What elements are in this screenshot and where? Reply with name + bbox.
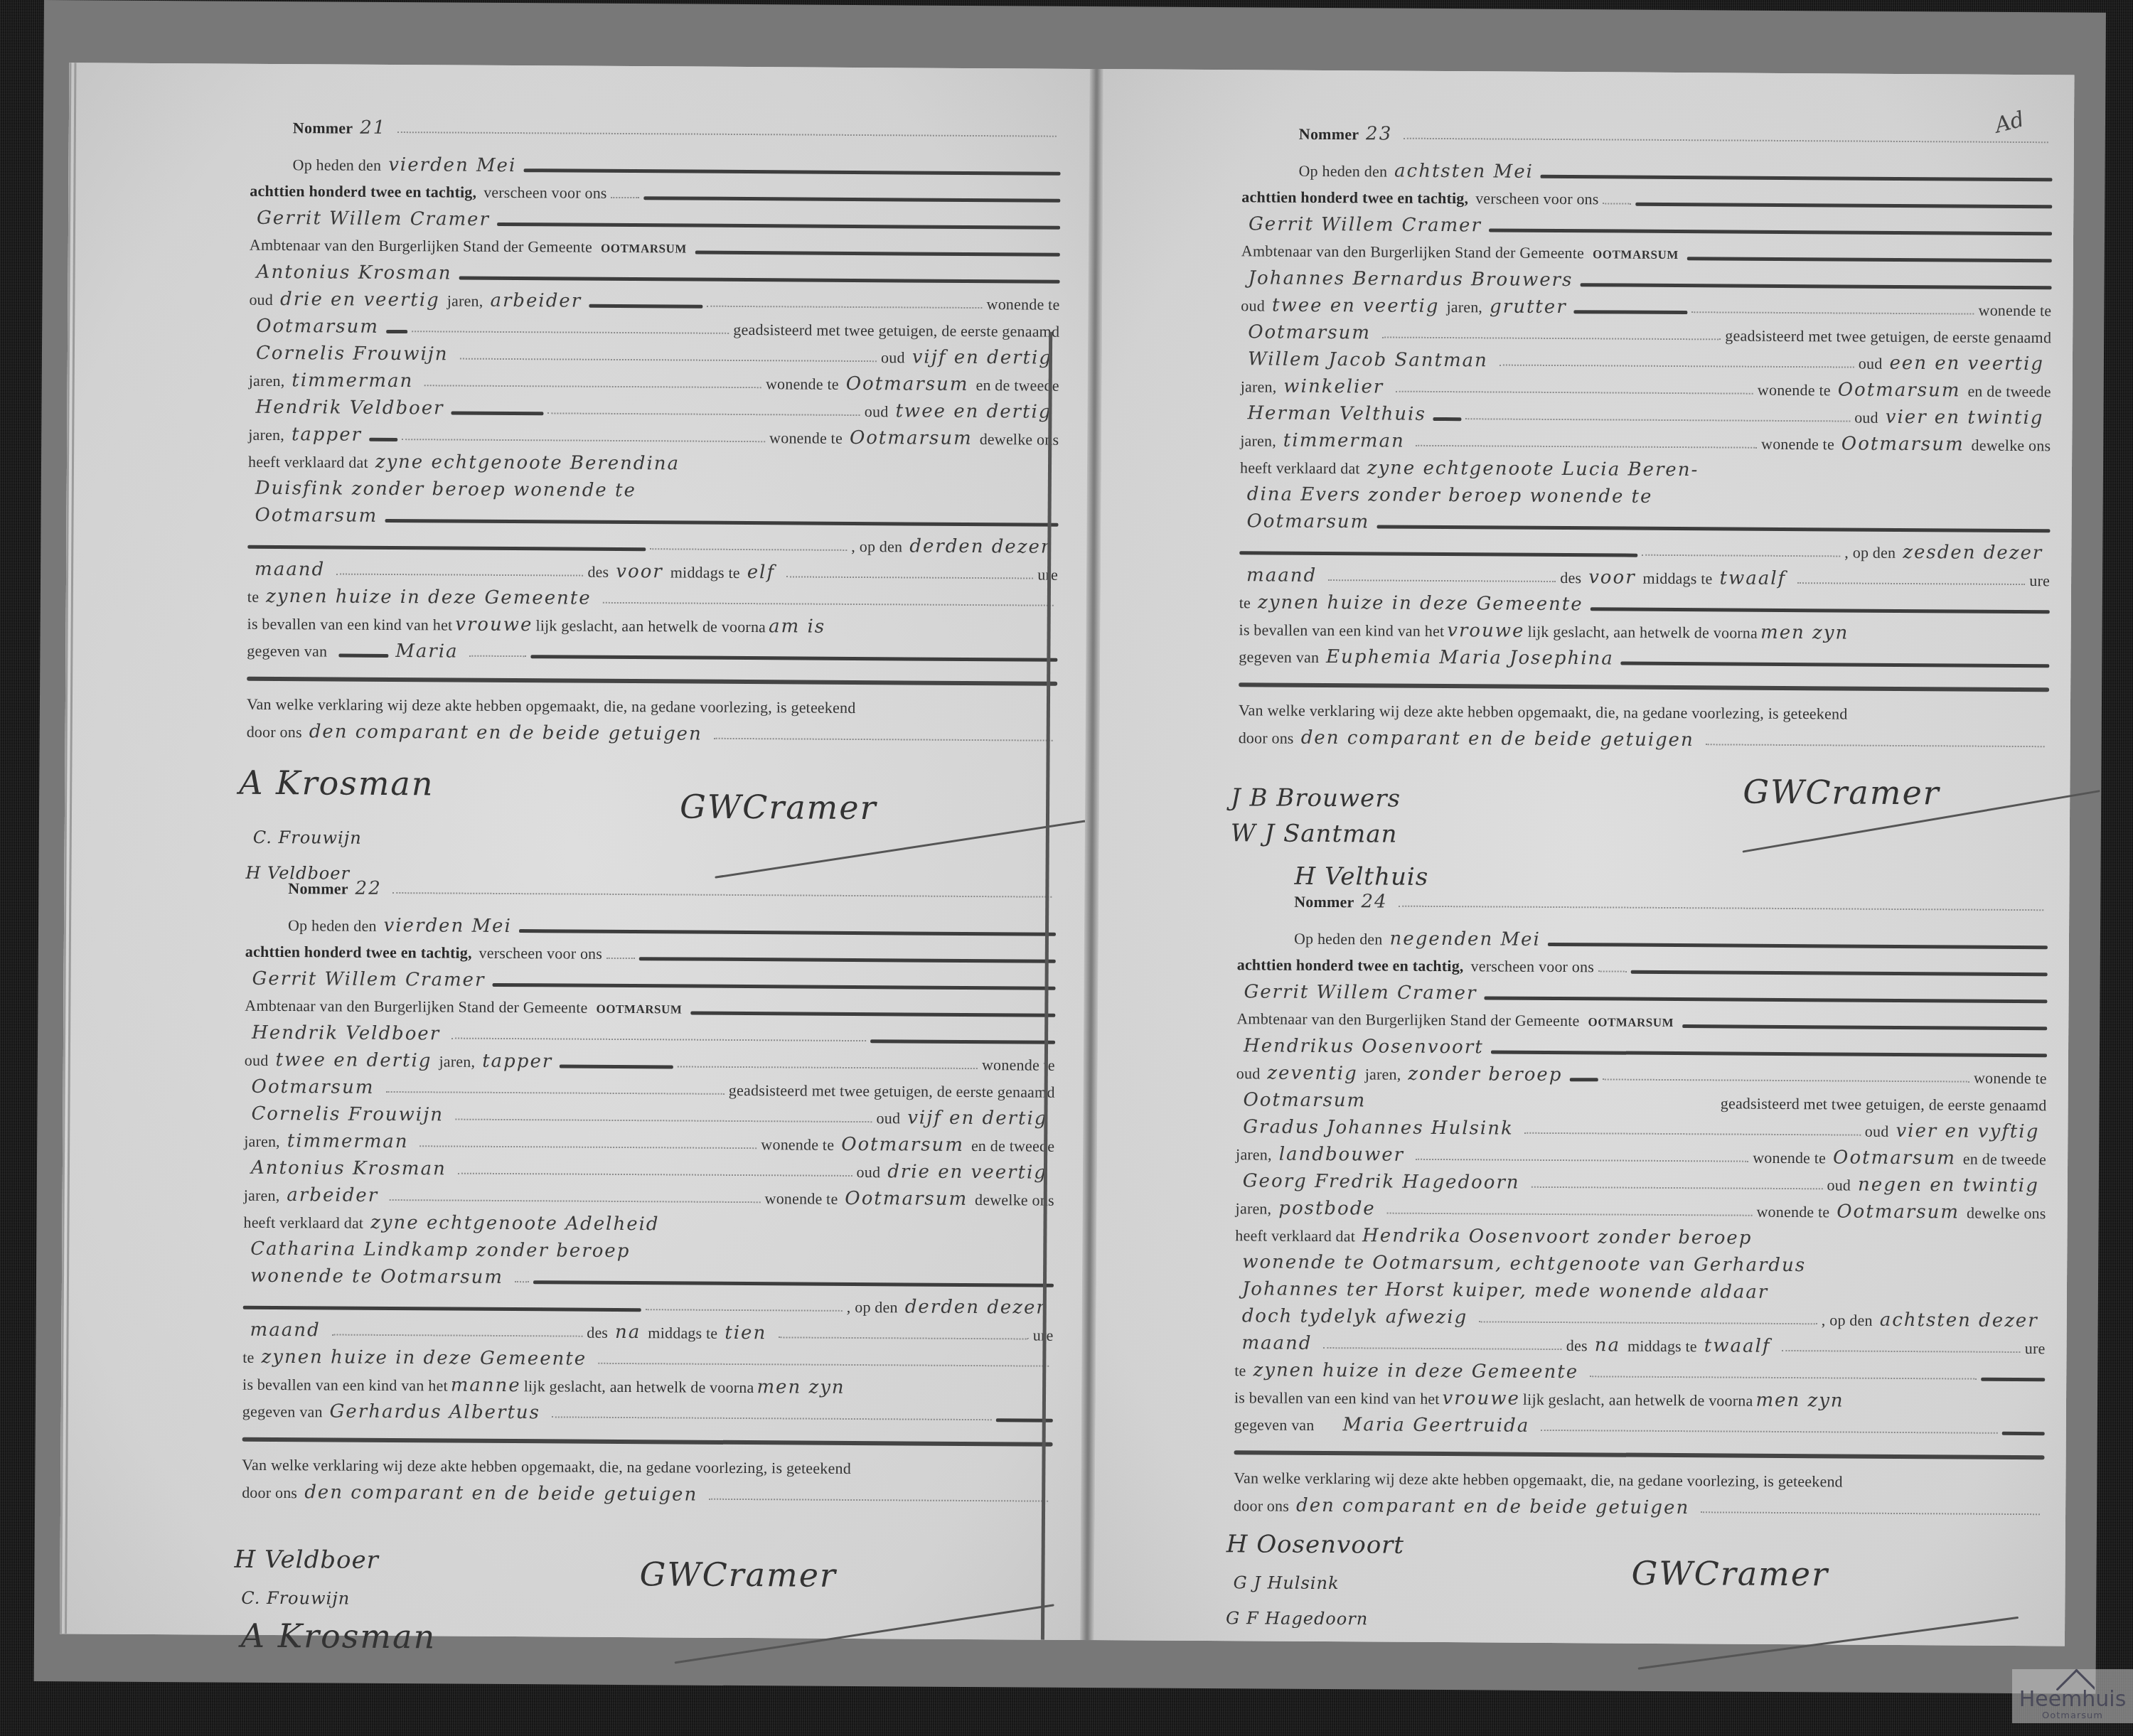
witness1-name: Willem Jacob Santman — [1241, 345, 1495, 374]
year-label: achttien honderd twee en tachtig, — [1241, 183, 1468, 212]
witness1-occupation: timmerman — [280, 1127, 416, 1155]
closing-line-2: door ons den comparant en de beide getui… — [247, 718, 1057, 750]
witness1-residence: Ootmarsum — [1826, 1144, 1963, 1172]
des-label: des — [587, 559, 609, 586]
signature-official: GWCramer — [1743, 773, 1940, 813]
closing-clause: Van welke verklaring wij deze akte hebbe… — [1239, 697, 1848, 727]
voornamen-suffix: men zyn — [1753, 1387, 1846, 1415]
month-word: maand — [242, 1317, 327, 1344]
declarant-name: Hendrikus Oosenvoort — [1236, 1032, 1491, 1061]
record-date: negenden Mei — [1382, 926, 1548, 953]
signature-witness2: G F Hagedoorn — [1226, 1608, 1368, 1629]
statement-text-3: Ootmarsum — [1239, 508, 1376, 535]
witness1-name: Gradus Johannes Hulsink — [1236, 1113, 1521, 1142]
op-den-label: , op den — [847, 1294, 898, 1321]
official-name: Gerrit Willem Cramer — [245, 965, 492, 994]
wonende-label: wonende te — [766, 370, 839, 398]
official-name: Gerrit Willem Cramer — [1236, 978, 1484, 1007]
signature-witness1: W J Santman — [1231, 819, 1398, 848]
jaren-label: jaren, — [249, 368, 285, 395]
oud-label: oud — [245, 1047, 269, 1074]
statement-text-2: Catharina Lindkamp zonder beroep — [243, 1236, 637, 1265]
geadsisteerd-label: geadsisteerd met twee getuigen, de eerst… — [733, 316, 1059, 345]
verscheen-label: verscheen voor ons — [483, 179, 607, 207]
year-label: achttien honderd twee en tachtig, — [250, 178, 476, 206]
geadsisteerd-label: geadsisteerd met twee getuigen, de eerst… — [1725, 322, 2051, 351]
ure-label: ure — [2025, 1335, 2046, 1362]
ambtenaar-label: Ambtenaar van den Burgerlijken Stand der… — [1241, 237, 1584, 267]
birth-record-22: Nommer 22 Op heden den vierden Mei achtt… — [241, 874, 1057, 1678]
witness2-age: twee en dertig — [888, 397, 1059, 425]
gemeente-label: OOTMARSUM — [1593, 241, 1679, 269]
record-number-line: Nommer 24 — [1237, 887, 2048, 919]
witness1-residence: Ootmarsum — [839, 370, 976, 398]
statement-text-1: Hendrika Oosenvoort zonder beroep — [1355, 1222, 1759, 1251]
declarant-occupation: zonder beroep — [1401, 1061, 1569, 1088]
jaren-label: jaren, — [1365, 1061, 1401, 1088]
declarant-age: drie en veertig — [273, 286, 447, 314]
birth-place: zynen huize in deze Gemeente — [255, 1344, 594, 1373]
jaren-label: jaren, — [1446, 294, 1482, 321]
birth-ampm: voor — [609, 558, 670, 586]
oud-label: oud — [876, 1105, 900, 1132]
child-name-line: gegeven van Euphemia Maria Josephina — [1239, 643, 2049, 675]
jaren-label: jaren, — [1236, 1141, 1272, 1168]
witness1-name: Cornelis Frouwijn — [249, 340, 456, 368]
child-name-line: gegeven van Maria — [247, 637, 1057, 669]
child-name: Euphemia Maria Josephina — [1319, 643, 1621, 673]
statement-text-1: zyne echtgenoote Berendina — [368, 449, 688, 478]
record-number: 24 — [1354, 888, 1394, 915]
oud-label: oud — [1241, 292, 1265, 319]
ambtenaar-label: Ambtenaar van den Burgerlijken Stand der… — [245, 992, 587, 1022]
op-den-label: , op den — [851, 533, 902, 560]
heemhuis-watermark: Heemhuis Ootmarsum — [2012, 1669, 2133, 1723]
birth-day: derden dezer — [898, 1293, 1054, 1321]
wonende-label: wonende te — [986, 291, 1059, 318]
declarant-occupation: tapper — [475, 1048, 560, 1076]
child-name-line: gegeven van Maria Geertruida — [1234, 1410, 2045, 1442]
record-number-line: Nommer 21 — [250, 114, 1061, 146]
child-sex: manne — [448, 1372, 524, 1400]
des-label: des — [1566, 1332, 1588, 1359]
signature-official: GWCramer — [1631, 1554, 1829, 1594]
dewelke-label: dewelke ons — [975, 1186, 1054, 1214]
signatures-block: H Oosenvoort G J Hulsink G F Hagedoorn G… — [1233, 1523, 2044, 1691]
oud-label: oud — [1854, 404, 1878, 432]
dewelke-label: dewelke ons — [1967, 1200, 2046, 1228]
verklaard-label: heeft verklaard dat — [1235, 1222, 1355, 1250]
birth-ampm: voor — [1581, 564, 1643, 591]
record-date: achtsten Mei — [1387, 158, 1541, 186]
birth-record-23: Nommer 23 Op heden den achtsten Mei acht… — [1237, 119, 2053, 923]
birth-ampm: na — [1588, 1332, 1627, 1359]
signature-flourish — [715, 819, 1094, 879]
bevallen-label: is bevallen van een kind van het — [1234, 1384, 1440, 1413]
witness2-residence: Ootmarsum — [1829, 1198, 1967, 1226]
declarant-residence: Ootmarsum — [1236, 1086, 1373, 1114]
door-ons-label: door ons — [242, 1479, 297, 1506]
child-name: Gerhardus Albertus — [323, 1398, 548, 1426]
child-name-line: gegeven van Gerhardus Albertus — [242, 1398, 1053, 1430]
year-label: achttien honderd twee en tachtig, — [1237, 951, 1464, 980]
witness1-age: vijf en dertig — [900, 1104, 1054, 1132]
middags-label: middags te — [670, 559, 740, 586]
declarant-name: Antonius Krosman — [250, 259, 459, 287]
child-name: Maria — [388, 638, 466, 665]
signature-witness1: G J Hulsink — [1233, 1572, 1339, 1593]
oud-label: oud — [1236, 1060, 1261, 1087]
ure-label: ure — [2029, 567, 2050, 594]
oud-label: oud — [865, 398, 889, 425]
witness2-name: Herman Velthuis — [1240, 400, 1433, 428]
ambtenaar-label: Ambtenaar van den Burgerlijken Stand der… — [250, 232, 592, 261]
birth-hour: elf — [740, 559, 783, 586]
month-word: maand — [1239, 562, 1324, 589]
wonende-label: wonende te — [1756, 1199, 1829, 1226]
gegeven-label: gegeven van — [247, 638, 327, 665]
birth-ampm: na — [608, 1319, 648, 1346]
op-heden-label: Op heden den — [292, 151, 381, 179]
birth-day: zesden dezer — [1896, 539, 2050, 567]
declarant-name: Johannes Bernardus Brouwers — [1241, 264, 1581, 294]
op-den-label: , op den — [1822, 1307, 1873, 1334]
statement-text-2: Duisfink zonder beroep wonende te — [248, 475, 643, 504]
birth-record-21: Nommer 21 Op heden den vierden Mei achtt… — [245, 114, 1061, 918]
door-ons-label: door ons — [1234, 1492, 1289, 1519]
witness1-age: een en veertig — [1882, 350, 2051, 377]
record-date: vierden Mei — [377, 912, 519, 940]
witness2-age: drie en veertig — [880, 1158, 1054, 1186]
verklaard-label: heeft verklaard dat — [1240, 454, 1360, 482]
wonende-label: wonende te — [769, 424, 843, 452]
section-divider — [1239, 682, 2049, 692]
witness1-age: vijf en dertig — [905, 343, 1059, 371]
nommer-label: Nommer — [288, 875, 348, 903]
signature-official: GWCramer — [639, 1555, 837, 1595]
signature-official: GWCramer — [680, 787, 877, 827]
birth-place: zynen huize in deze Gemeente — [1246, 1356, 1586, 1386]
wonende-label: wonende te — [1978, 297, 2051, 325]
closing-line-2: door ons den comparant en de beide getui… — [1239, 724, 2049, 756]
tweede-label: en de tweede — [971, 1132, 1054, 1160]
scan-mat: Nommer 21 Op heden den vierden Mei achtt… — [34, 0, 2106, 1694]
declarant-occupation: grutter — [1482, 293, 1574, 321]
gegeven-label: gegeven van — [1239, 643, 1319, 671]
voornamen-suffix: am is — [766, 613, 828, 641]
witness2-residence: Ootmarsum — [1834, 430, 1972, 458]
oud-label: oud — [856, 1159, 880, 1186]
oud-label: oud — [1859, 350, 1883, 377]
gegeven-label: gegeven van — [242, 1398, 323, 1426]
jaren-label: jaren, — [439, 1048, 475, 1075]
statement-text-1: zyne echtgenoote Lucia Beren- — [1360, 454, 1706, 483]
closing-clause: Van welke verklaring wij deze akte hebbe… — [1234, 1464, 1843, 1495]
wonende-label: wonende te — [1974, 1065, 2047, 1093]
signature-declarant: J B Brouwers — [1231, 783, 1401, 813]
witness1-occupation: timmerman — [284, 367, 420, 395]
birth-day: derden dezer — [902, 532, 1058, 560]
geadsisteerd-label: geadsisteerd met twee getuigen, de eerst… — [1721, 1090, 2047, 1119]
birth-record-24: Nommer 24 Op heden den negenden Mei acht… — [1233, 887, 2048, 1691]
gemeente-label: OOTMARSUM — [596, 996, 682, 1024]
witness2-occupation: timmerman — [1276, 427, 1412, 455]
witness2-residence: Ootmarsum — [838, 1185, 975, 1213]
bevallen-label: is bevallen van een kind van het — [242, 1371, 448, 1400]
declarant-residence: Ootmarsum — [1241, 318, 1378, 346]
te-label: te — [1234, 1357, 1246, 1384]
jaren-label: jaren, — [1236, 1195, 1272, 1222]
nommer-label: Nommer — [1294, 889, 1354, 916]
month-word: maand — [1234, 1329, 1319, 1357]
nommer-label: Nommer — [293, 114, 353, 142]
witness2-age: vier en twintig — [1878, 404, 2051, 432]
des-label: des — [1560, 564, 1581, 591]
record-number: 23 — [1359, 120, 1399, 147]
signature-witness1: C. Frouwijn — [253, 827, 362, 848]
oud-label: oud — [881, 344, 905, 371]
wonende-label: wonende te — [764, 1185, 838, 1213]
geadsisteerd-label: geadsisteerd met twee getuigen, de eerst… — [729, 1077, 1055, 1106]
section-divider — [247, 677, 1057, 686]
declarant-age: zeventig — [1260, 1059, 1365, 1087]
middags-label: middags te — [648, 1319, 717, 1347]
op-heden-label: Op heden den — [1294, 926, 1383, 953]
verklaard-label: heeft verklaard dat — [248, 449, 368, 476]
bevallen-label: is bevallen van een kind van het — [247, 611, 453, 639]
statement-text-2: dina Evers zonder beroep wonende te — [1240, 481, 1660, 510]
wonende-label: wonende te — [761, 1131, 834, 1159]
voorna-label: lijk geslacht, aan hetwelk de voorna — [1523, 1386, 1753, 1415]
verscheen-label: verscheen voor ons — [479, 940, 603, 968]
statement-text-3: wonende te Ootmarsum — [243, 1263, 510, 1291]
statement-text-2: wonende te Ootmarsum, echtgenoote van Ge… — [1235, 1248, 1813, 1279]
declarant-age: twee en dertig — [268, 1046, 439, 1074]
gemeente-label: OOTMARSUM — [1588, 1009, 1674, 1036]
oud-label: oud — [1827, 1172, 1851, 1199]
verscheen-label: verscheen voor ons — [1470, 953, 1594, 980]
record-number-line: Nommer 22 — [245, 874, 1056, 906]
witness2-occupation: arbeider — [279, 1182, 385, 1209]
birth-place: zynen huize in deze Gemeente — [259, 583, 599, 612]
jaren-label: jaren, — [1241, 373, 1277, 400]
declarant-residence: Ootmarsum — [249, 313, 386, 341]
gemeente-label: OOTMARSUM — [601, 235, 687, 263]
te-label: te — [1239, 589, 1251, 616]
tweede-label: en de tweede — [975, 372, 1059, 400]
witness2-name: Hendrik Veldboer — [248, 394, 451, 422]
signature-declarant: A Krosman — [239, 763, 434, 803]
oud-label: oud — [249, 286, 273, 314]
watermark-place: Ootmarsum — [2012, 1710, 2133, 1721]
declarant-name: Hendrik Veldboer — [245, 1019, 447, 1048]
signed-by: den comparant en de beide getuigen — [1289, 1492, 1696, 1522]
witness2-occupation: tapper — [284, 421, 369, 449]
jaren-label: jaren, — [244, 1128, 280, 1155]
nommer-label: Nommer — [1299, 121, 1359, 149]
jaren-label: jaren, — [248, 422, 284, 449]
jaren-label: jaren, — [244, 1182, 280, 1209]
voornamen-suffix: men zyn — [1758, 619, 1851, 647]
wonende-label: wonende te — [1758, 377, 1831, 404]
dewelke-label: dewelke ons — [980, 426, 1059, 454]
signatures-block: H Veldboer C. Frouwijn A Krosman GWCrame… — [241, 1510, 1052, 1678]
te-label: te — [247, 584, 260, 611]
op-heden-label: Op heden den — [288, 912, 377, 940]
gegeven-label: gegeven van — [1234, 1411, 1315, 1439]
wonende-label: wonende te — [1753, 1145, 1826, 1172]
record-number: 22 — [348, 875, 389, 902]
birth-day: achtsten dezer — [1873, 1307, 2046, 1334]
child-name: Maria Geertruida — [1335, 1411, 1536, 1440]
door-ons-label: door ons — [1239, 724, 1294, 751]
te-label: te — [242, 1344, 255, 1371]
statement-text-3: Johannes ter Horst kuiper, mede wonende … — [1235, 1275, 1776, 1306]
birth-hour: twaalf — [1712, 564, 1793, 592]
voorna-label: lijk geslacht, aan hetwelk de voorna — [524, 1373, 754, 1401]
official-name: Gerrit Willem Cramer — [250, 205, 497, 233]
witness2-occupation: postbode — [1271, 1195, 1383, 1223]
wonende-label: wonende te — [1761, 431, 1834, 459]
declarant-residence: Ootmarsum — [245, 1073, 382, 1101]
birth-hour: tien — [717, 1319, 774, 1346]
ambtenaar-label: Ambtenaar van den Burgerlijken Stand der… — [1236, 1005, 1579, 1034]
year-label: achttien honderd twee en tachtig, — [245, 938, 472, 967]
section-divider — [1234, 1450, 2045, 1459]
left-page: Nommer 21 Op heden den vierden Mei achtt… — [60, 63, 1089, 1640]
jaren-label: jaren, — [1240, 427, 1276, 454]
declarant-occupation: arbeider — [483, 287, 589, 315]
verscheen-label: verscheen voor ons — [1475, 185, 1599, 213]
witness2-residence: Ootmarsum — [843, 424, 980, 452]
witness1-age: vier en vyftig — [1888, 1118, 2046, 1145]
signature-witness2: H Velthuis — [1294, 862, 1428, 891]
child-sex: vrouwe — [452, 611, 535, 639]
signature-flourish — [1638, 1617, 2019, 1670]
closing-line-2: door ons den comparant en de beide getui… — [1234, 1491, 2044, 1523]
closing-line-2: door ons den comparant en de beide getui… — [242, 1479, 1052, 1511]
birth-hour: twaalf — [1697, 1332, 1778, 1360]
op-den-label: , op den — [1844, 539, 1896, 566]
voorna-label: lijk geslacht, aan hetwelk de voorna — [535, 612, 766, 641]
closing-clause: Van welke verklaring wij deze akte hebbe… — [242, 1452, 851, 1482]
signature-declarant: H Oosenvoort — [1226, 1530, 1405, 1560]
middags-label: middags te — [1627, 1333, 1697, 1361]
statement-text-3: Ootmarsum — [247, 502, 385, 530]
signed-by: den comparant en de beide getuigen — [297, 1479, 705, 1509]
witness1-residence: Ootmarsum — [834, 1131, 971, 1159]
statement-text-1: zyne echtgenoote Adelheid — [363, 1209, 667, 1238]
signature-flourish — [675, 1604, 1054, 1663]
tweede-label: en de tweede — [1967, 378, 2051, 406]
register-book-spread: Nommer 21 Op heden den vierden Mei achtt… — [60, 63, 2074, 1646]
section-divider — [242, 1437, 1053, 1447]
witness1-name: Cornelis Frouwijn — [244, 1100, 451, 1129]
witness2-name: Antonius Krosman — [244, 1154, 454, 1183]
signed-by: den comparant en de beide getuigen — [1294, 724, 1701, 754]
statement-text-4: doch tydelyk afwezig — [1235, 1302, 1475, 1331]
record-number-line: Nommer 23 — [1242, 119, 2053, 151]
oud-label: oud — [1865, 1118, 1889, 1145]
birth-place: zynen huize in deze Gemeente — [1251, 589, 1591, 618]
witness2-age: negen en twintig — [1851, 1172, 2046, 1200]
official-name: Gerrit Willem Cramer — [1241, 210, 1489, 239]
tweede-label: en de tweede — [1963, 1146, 2046, 1174]
signed-by: den comparant en de beide getuigen — [302, 718, 710, 748]
voornamen-suffix: men zyn — [754, 1373, 848, 1401]
witness1-occupation: landbouwer — [1272, 1141, 1412, 1169]
child-sex: vrouwe — [1444, 617, 1527, 645]
watermark-brand: Heemhuis — [2012, 1689, 2133, 1710]
door-ons-label: door ons — [247, 719, 302, 746]
closing-clause: Van welke verklaring wij deze akte hebbe… — [247, 691, 856, 722]
jaren-label: jaren, — [447, 287, 483, 314]
record-number: 21 — [353, 114, 393, 141]
voorna-label: lijk geslacht, aan hetwelk de voorna — [1527, 618, 1758, 647]
right-page: Ad Nommer 23 Op heden den achtsten Mei a… — [1094, 69, 2074, 1646]
witness1-residence: Ootmarsum — [1831, 376, 1968, 404]
signature-witness2: A Krosman — [241, 1617, 436, 1656]
op-heden-label: Op heden den — [1298, 158, 1387, 186]
bevallen-label: is bevallen van een kind van het — [1239, 616, 1445, 645]
month-word: maand — [247, 556, 332, 584]
witness1-occupation: winkelier — [1276, 373, 1391, 401]
record-date: vierden Mei — [381, 151, 523, 179]
dewelke-label: dewelke ons — [1972, 432, 2051, 460]
witness2-name: Georg Fredrik Hagedoorn — [1236, 1167, 1527, 1196]
verklaard-label: heeft verklaard dat — [243, 1209, 363, 1237]
signature-witness1: C. Frouwijn — [241, 1588, 350, 1609]
des-label: des — [587, 1319, 608, 1346]
child-sex: vrouwe — [1440, 1385, 1523, 1413]
declarant-age: twee en veertig — [1265, 291, 1447, 320]
signature-declarant: H Veldboer — [234, 1545, 379, 1575]
middags-label: middags te — [1643, 565, 1713, 593]
